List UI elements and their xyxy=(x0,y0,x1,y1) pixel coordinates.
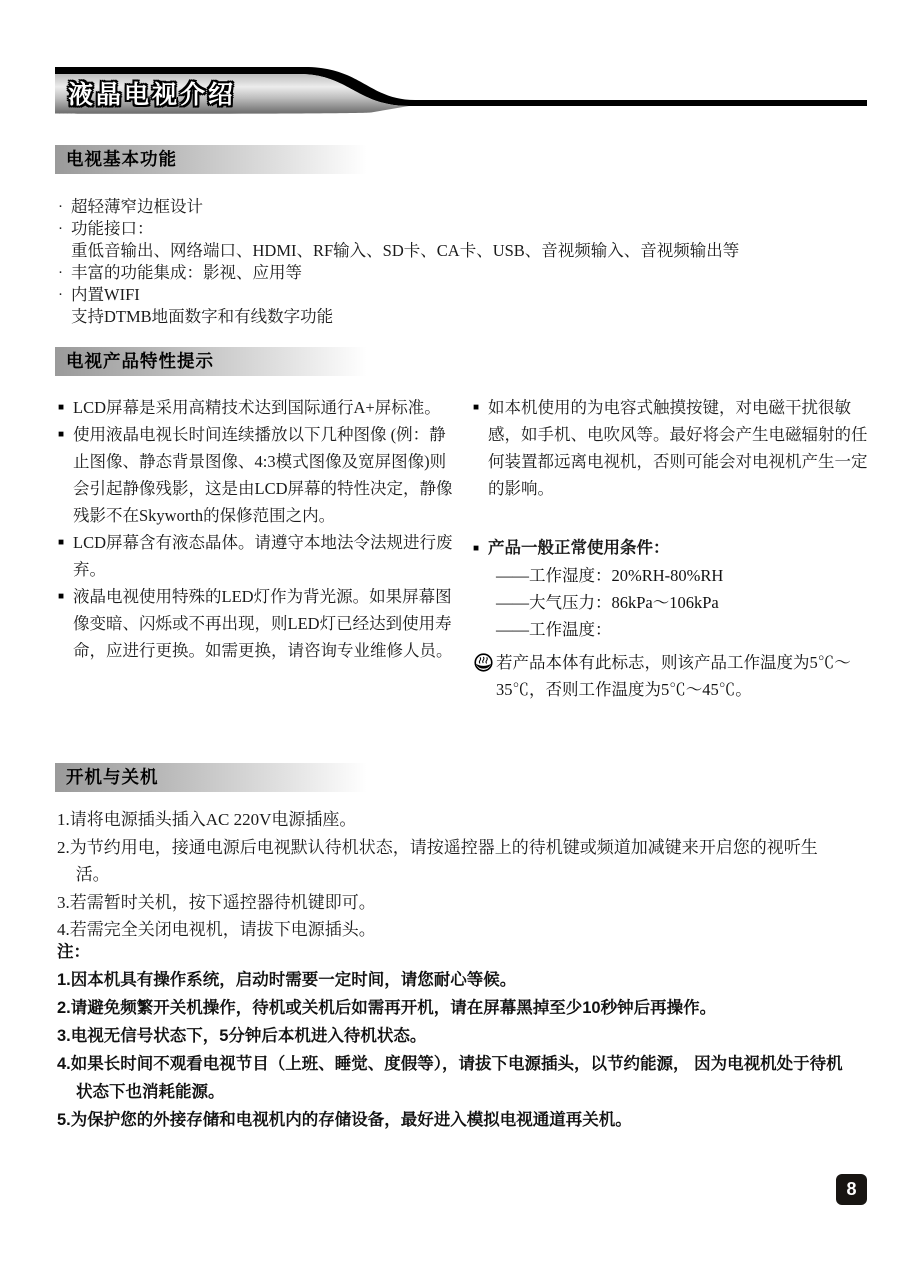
bullet-dot-icon: · xyxy=(58,262,63,284)
bullet-square-icon: ■ xyxy=(473,394,479,421)
bullet-square-icon: ■ xyxy=(58,421,64,448)
power-step: 3.若需暂时关机，按下遥控器待机键即可。 xyxy=(57,889,849,917)
list-item: ·丰富的功能集成：影视、应用等 xyxy=(56,262,866,284)
manual-page: 液晶电视介绍 电视基本功能 ·超轻薄窄边框设计 ·功能接口： 重低音输出、网络端… xyxy=(0,0,922,1276)
bullet-dot-icon: · xyxy=(58,218,63,240)
note-item: 5.为保护您的外接存储和电视机内的存储设备，最好进入模拟电视通道再关机。 xyxy=(57,1106,857,1134)
condition-pressure: ——大气压力：86kPa～106kPa xyxy=(496,589,874,616)
power-step: 1.请将电源插头插入AC 220V电源插座。 xyxy=(57,806,849,834)
bullet-dot-icon: · xyxy=(58,196,63,218)
temperature-mark-text: 若产品本体有此标志，则该产品工作温度为5℃～35℃，否则工作温度为5℃～45℃。 xyxy=(496,649,854,703)
list-item-continuation: 支持DTMB地面数字和有线数字功能 xyxy=(56,306,866,328)
page-number-badge: 8 xyxy=(836,1174,867,1205)
list-item-continuation: 重低音输出、网络端口、HDMI、RF输入、SD卡、CA卡、USB、音视频输入、音… xyxy=(56,240,866,262)
feature-item: ■LCD屏幕是采用高精技术达到国际通行A+屏标准。 xyxy=(57,394,455,421)
features-left-column: ■LCD屏幕是采用高精技术达到国际通行A+屏标准。 ■使用液晶电视长时间连续播放… xyxy=(57,394,455,703)
power-steps-list: 1.请将电源插头插入AC 220V电源插座。 2.为节约用电，接通电源后电视默认… xyxy=(57,806,849,944)
hot-surface-mark-icon xyxy=(474,653,493,672)
chapter-banner: 液晶电视介绍 xyxy=(55,67,867,114)
list-item: ·超轻薄窄边框设计 xyxy=(56,196,866,218)
power-notes-list: 注： 1.因本机具有操作系统，启动时需要一定时间，请您耐心等候。 2.请避免频繁… xyxy=(57,938,857,1134)
bullet-dot-icon: · xyxy=(58,284,63,306)
feature-item: ■使用液晶电视长时间连续播放以下几种图像 (例：静止图像、静态背景图像、4:3模… xyxy=(57,421,455,529)
section-header-product-characteristics: 电视产品特性提示 xyxy=(55,347,367,376)
basic-functions-list: ·超轻薄窄边框设计 ·功能接口： 重低音输出、网络端口、HDMI、RF输入、SD… xyxy=(56,196,866,328)
usage-conditions-block: ■产品一般正常使用条件： ——工作湿度：20%RH-80%RH ——大气压力：8… xyxy=(472,535,874,703)
feature-item: ■LCD屏幕含有液态晶体。请遵守本地法令法规进行废弃。 xyxy=(57,529,455,583)
notes-label: 注： xyxy=(57,938,857,966)
power-step: 2.为节约用电，接通电源后电视默认待机状态，请按遥控器上的待机键或频道加减键来开… xyxy=(57,834,849,889)
note-item: 2.请避免频繁开关机操作，待机或关机后如需再开机，请在屏幕黑掉至少10秒钟后再操… xyxy=(57,994,857,1022)
feature-item: ■液晶电视使用特殊的LED灯作为背光源。如果屏幕图像变暗、闪烁或不再出现，则LE… xyxy=(57,583,455,664)
features-right-column: ■如本机使用的为电容式触摸按键，对电磁干扰很敏感，如手机、电吹风等。最好将会产生… xyxy=(472,394,874,703)
list-item: ·功能接口： xyxy=(56,218,866,240)
bullet-square-icon: ■ xyxy=(58,583,64,610)
note-item: 4.如果长时间不观看电视节目（上班、睡觉、度假等），请拔下电源插头，以节约能源，… xyxy=(57,1050,857,1106)
temperature-mark-note: 若产品本体有此标志，则该产品工作温度为5℃～35℃，否则工作温度为5℃～45℃。 xyxy=(472,649,874,703)
chapter-title: 液晶电视介绍 xyxy=(68,75,236,111)
bullet-square-icon: ■ xyxy=(473,535,479,562)
feature-item: ■如本机使用的为电容式触摸按键，对电磁干扰很敏感，如手机、电吹风等。最好将会产生… xyxy=(472,394,874,502)
bullet-square-icon: ■ xyxy=(58,529,64,556)
condition-temperature: ——工作温度： xyxy=(496,616,874,643)
usage-conditions-title: ■产品一般正常使用条件： xyxy=(472,535,874,562)
list-item: ·内置WIFI xyxy=(56,284,866,306)
features-columns: ■LCD屏幕是采用高精技术达到国际通行A+屏标准。 ■使用液晶电视长时间连续播放… xyxy=(57,394,874,703)
note-item: 3.电视无信号状态下，5分钟后本机进入待机状态。 xyxy=(57,1022,857,1050)
section-header-basic-functions: 电视基本功能 xyxy=(55,145,367,174)
note-item: 1.因本机具有操作系统，启动时需要一定时间，请您耐心等候。 xyxy=(57,966,857,994)
bullet-square-icon: ■ xyxy=(58,394,64,421)
section-header-power-on-off: 开机与关机 xyxy=(55,763,367,792)
condition-humidity: ——工作湿度：20%RH-80%RH xyxy=(496,562,874,589)
